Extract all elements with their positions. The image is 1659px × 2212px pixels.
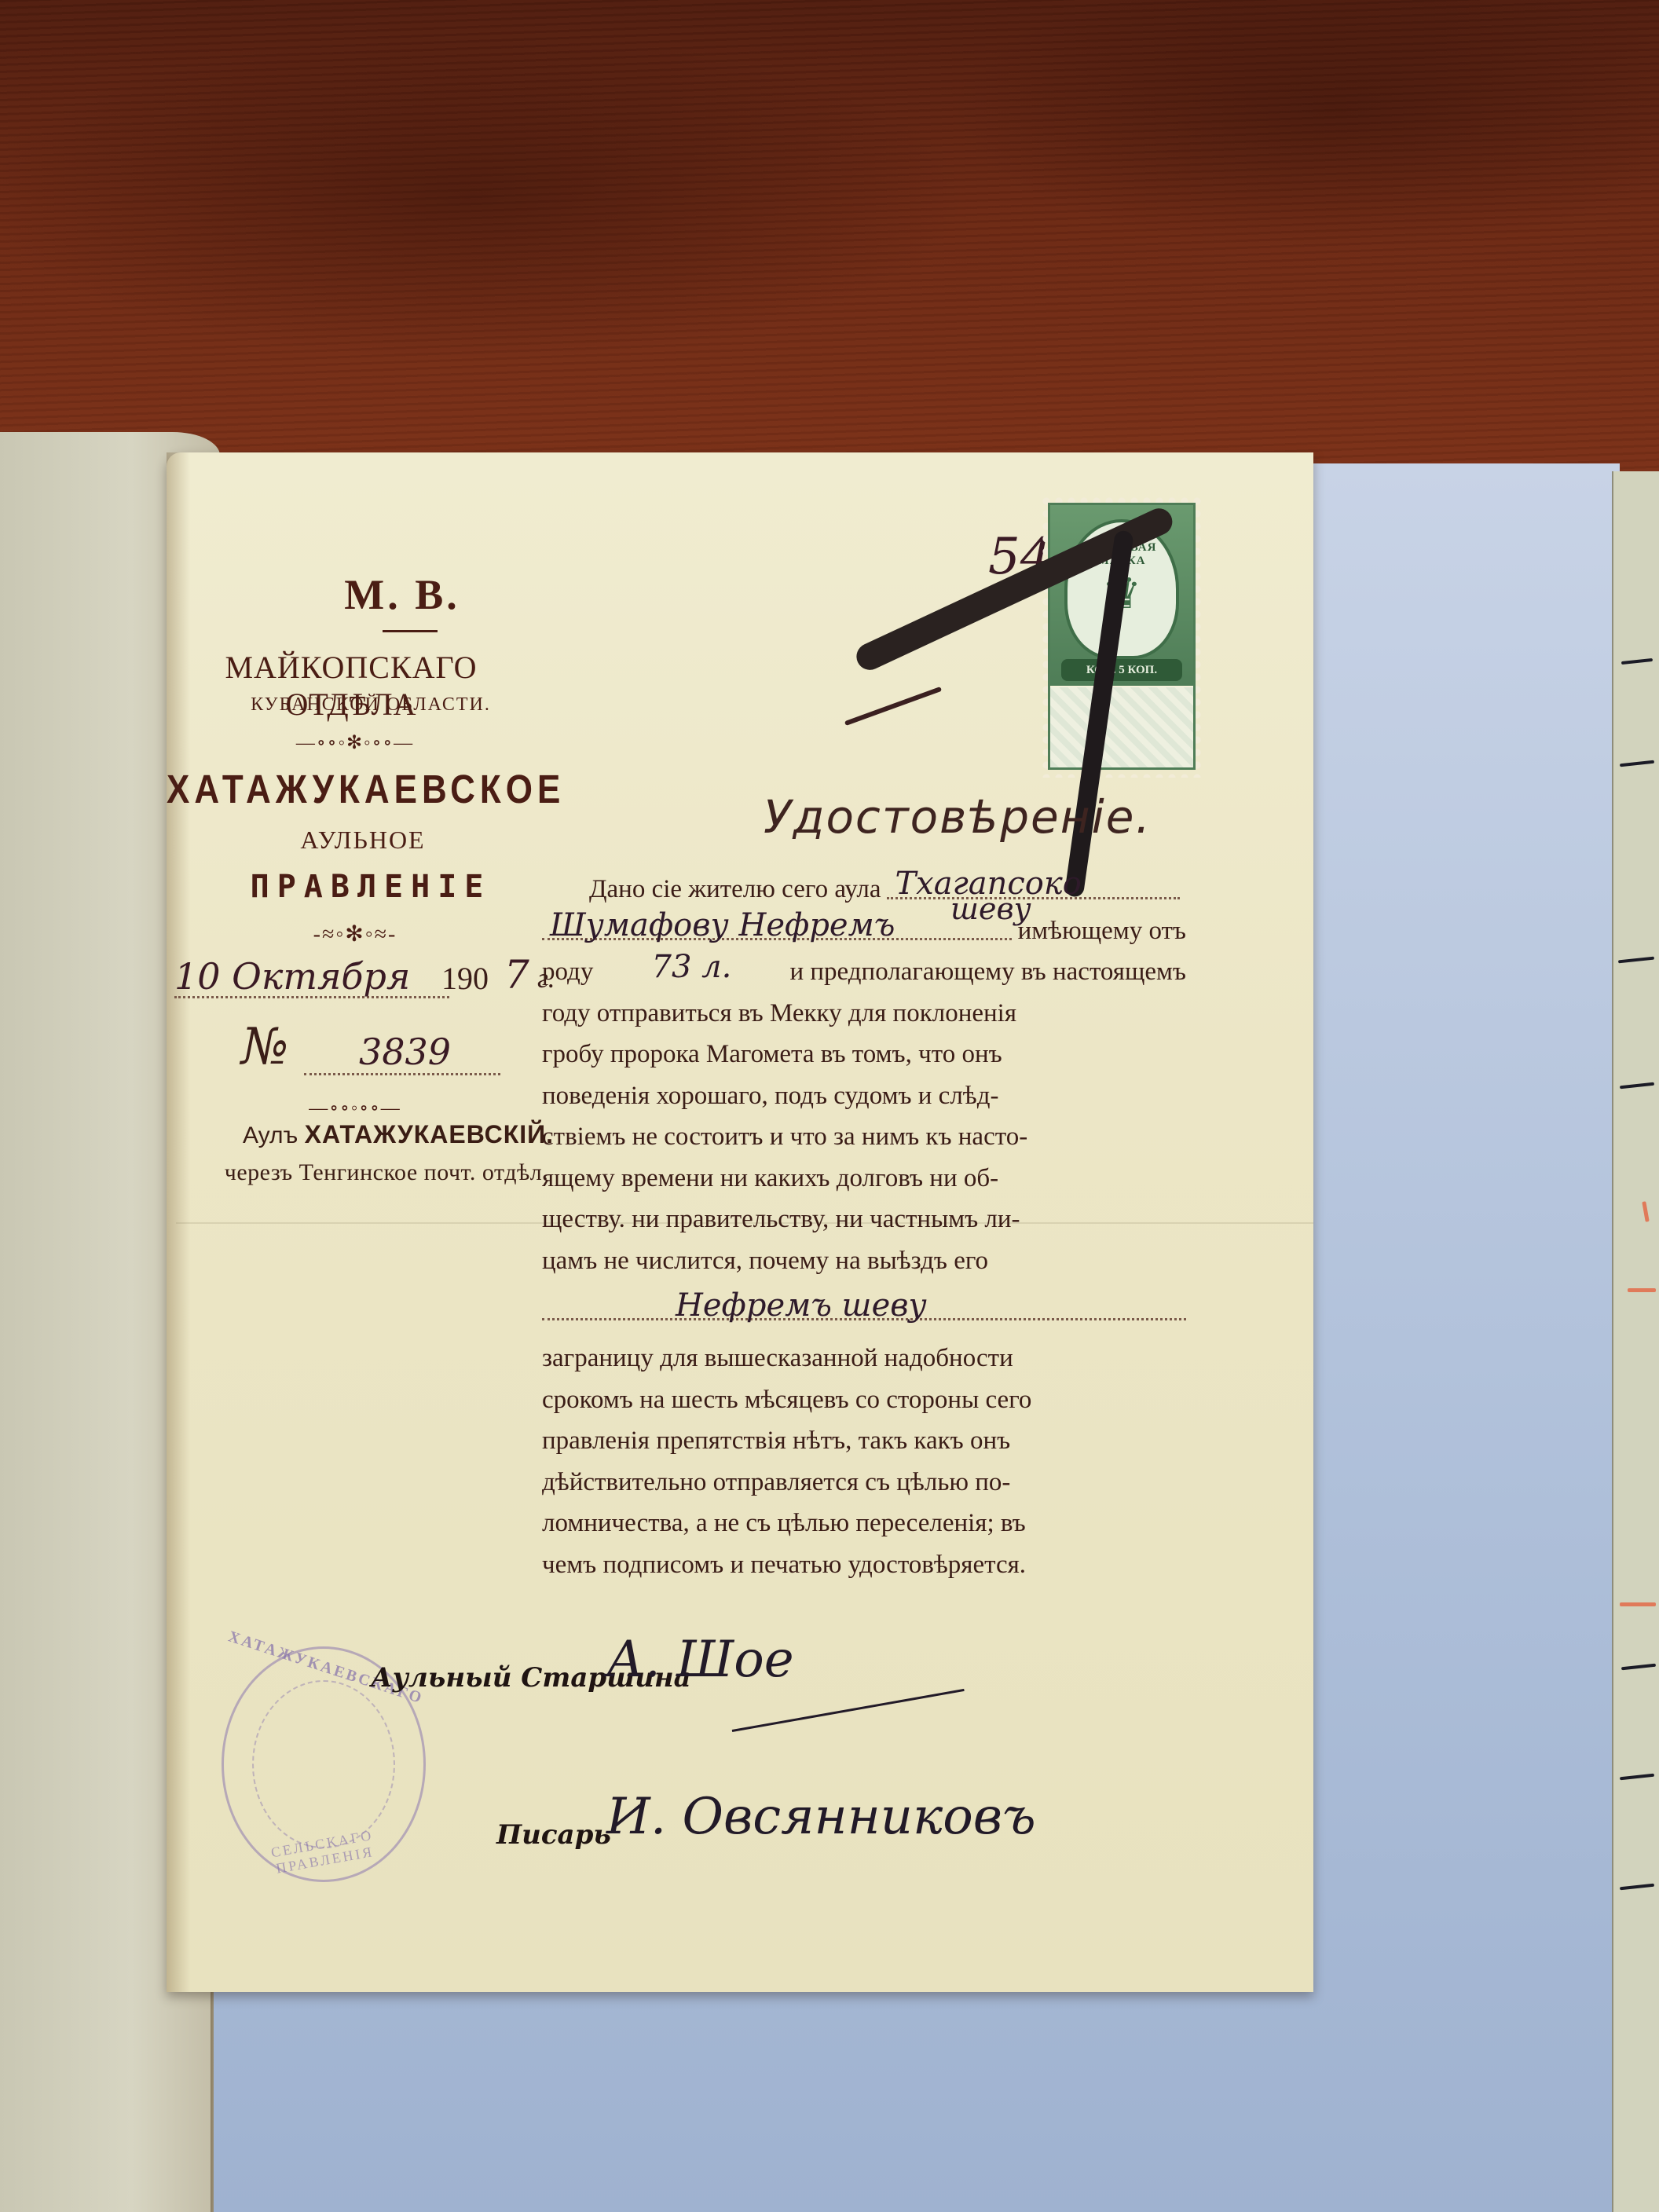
body-line: Нефремъ шеву — [542, 1281, 1186, 1338]
body-text: роду — [542, 951, 593, 993]
body-line: цамъ не числится, почему на выѣздъ его — [542, 1240, 1186, 1282]
handwritten-name-suffix: шеву — [950, 888, 1031, 930]
body-line: ящему времени ни какихъ долговъ ни об- — [542, 1158, 1186, 1199]
issue-date: 10 Октября 190 7 г. — [174, 955, 567, 1002]
body-line: правленія препятствія нѣтъ, такъ какъ он… — [542, 1420, 1186, 1462]
body-line: заграницу для вышесказанной надобности — [542, 1338, 1186, 1379]
body-text: дѣйствительно отправляется съ цѣлью по- — [542, 1462, 1010, 1503]
letterhead-initials: М. В. — [237, 570, 567, 619]
address-prefix: Аулъ — [243, 1122, 298, 1148]
handwritten-field-name-repeat: Нефремъ шеву — [542, 1281, 1186, 1320]
body-text: ломничества, а не съ цѣлью переселенія; … — [542, 1503, 1026, 1544]
ornament-scroll-icon: -≈◦✻◦≈- — [261, 921, 449, 947]
wooden-desk-background — [0, 0, 1659, 487]
date-day-month-handwritten: 10 Октября — [174, 955, 410, 998]
body-text: заграницу для вышесказанной надобности — [542, 1338, 1013, 1379]
body-text: году отправиться въ Мекку для поклоненія — [542, 993, 1016, 1035]
body-text: и предполагающему въ настоящемъ — [789, 951, 1186, 993]
note-ink-stroke — [1621, 1664, 1656, 1671]
note-ink-stroke — [1620, 760, 1654, 767]
handwritten-field-name: Шумафову Нефремъ — [542, 910, 1012, 941]
letterhead-aulnoe: АУЛЬНОЕ — [237, 826, 489, 855]
revenue-stamp-pattern — [1050, 687, 1193, 767]
note-red-mark — [1642, 1201, 1649, 1221]
body-line: ломничества, а не съ цѣлью переселенія; … — [542, 1503, 1186, 1544]
body-text: чемъ подписомъ и печатью удостовѣряется. — [542, 1544, 1026, 1586]
body-text: ящему времени ни какихъ долговъ ни об- — [542, 1158, 998, 1199]
body-line: году отправиться въ Мекку для поклоненія — [542, 993, 1186, 1035]
elder-signature: А. Шое — [606, 1631, 794, 1689]
letterhead-rule — [383, 630, 438, 632]
handwritten-resident-name-repeat: Нефремъ шеву — [676, 1285, 927, 1327]
ornament-divider-icon: —∘∘◦∘∘— — [261, 1097, 449, 1119]
body-line: гробу пророка Магомета въ томъ, что онъ — [542, 1034, 1186, 1075]
body-line: чемъ подписомъ и печатью удостовѣряется. — [542, 1544, 1186, 1586]
seal-inner-ring — [252, 1680, 395, 1848]
body-text: ществу. ни правительству, ни частнымъ ли… — [542, 1199, 1020, 1240]
date-year-printed: 190 — [441, 960, 489, 997]
clerk-label: Писарь — [496, 1819, 611, 1851]
body-line: дѣйствительно отправляется съ цѣлью по- — [542, 1462, 1186, 1503]
letterhead-region: КУБАНСКОЙ ОБЛАСТИ. — [214, 694, 528, 716]
handwritten-field-aul: Тхагапсоко — [887, 869, 1180, 899]
body-text: ствіемъ не состоитъ и что за нимъ къ нас… — [542, 1116, 1027, 1158]
number-sign: № — [241, 1018, 289, 1076]
number-dotted-line — [304, 1073, 500, 1075]
body-line: ществу. ни правительству, ни частнымъ ли… — [542, 1199, 1186, 1240]
handwritten-age: 73 л. — [652, 947, 732, 993]
address-aul: Аулъ ХАТАЖУКАЕВСКІЙ. — [214, 1120, 583, 1149]
body-text: срокомъ на шесть мѣсяцевъ со стороны сег… — [542, 1379, 1031, 1421]
clerk-signature-handwritten: И. Овсянниковъ — [606, 1788, 1036, 1846]
handwritten-resident-name: Шумафову Нефремъ — [550, 905, 895, 947]
body-text: правленія препятствія нѣтъ, такъ какъ он… — [542, 1420, 1010, 1462]
address-post-office: черезъ Тенгинское почт. отдѣл. — [167, 1159, 606, 1186]
note-ink-stroke — [1621, 658, 1653, 665]
revenue-stamp-value: КОП. 5 КОП. — [1061, 659, 1182, 681]
certificate-document: М. В. МАЙКОПСКАГО ОТДѢЛА КУБАНСКОЙ ОБЛАС… — [167, 452, 1313, 1992]
note-ink-stroke — [1620, 1774, 1654, 1781]
ink-flourish — [844, 687, 942, 726]
clerk-signature-block: Писарь — [496, 1819, 611, 1851]
note-ink-stroke — [1620, 1082, 1654, 1090]
body-line: срокомъ на шесть мѣсяцевъ со стороны сег… — [542, 1379, 1186, 1421]
body-line: Шумафову Нефремъ шеву имѣющему отъ — [542, 910, 1186, 952]
body-text: гробу пророка Магомета въ томъ, что онъ — [542, 1034, 1002, 1075]
document-title: Удостовѣреніе. — [764, 790, 1152, 844]
note-red-mark — [1628, 1288, 1656, 1292]
certificate-body: Дано сіе жителю сего аула Тхагапсоко Шум… — [542, 869, 1186, 1585]
note-ink-stroke — [1620, 1884, 1654, 1891]
body-line: ствіемъ не состоитъ и что за нимъ къ нас… — [542, 1116, 1186, 1158]
number-handwritten: 3839 — [359, 1031, 451, 1073]
clerk-signature: И. Овсянниковъ — [606, 1788, 1036, 1846]
body-text: поведенія хорошаго, подъ судомъ и слѣд- — [542, 1075, 999, 1117]
body-line: роду 73 л. и предполагающему въ настояще… — [542, 951, 1186, 993]
body-line: поведенія хорошаго, подъ судомъ и слѣд- — [542, 1075, 1186, 1117]
note-red-mark — [1620, 1602, 1656, 1606]
note-ink-stroke — [1618, 957, 1654, 964]
right-handwritten-notes-edge — [1612, 471, 1659, 2212]
elder-signature-handwritten: А. Шое — [606, 1631, 794, 1689]
ornament-divider-icon: —∘∘◦✻◦∘∘— — [237, 731, 473, 754]
document-number: № 3839 — [241, 1026, 571, 1089]
date-year-handwritten: 7 — [504, 952, 529, 998]
letterhead-pravlenie: ПРАВЛЕНІЕ — [222, 869, 520, 905]
body-text: цамъ не числится, почему на выѣздъ его — [542, 1240, 988, 1282]
letterhead-aul-name: ХАТАЖУКАЕВСКОЕ — [167, 767, 528, 813]
body-text: имѣющему отъ — [1018, 910, 1186, 952]
address-aul-name: ХАТАЖУКАЕВСКІЙ. — [305, 1120, 554, 1148]
signature-underline — [732, 1689, 965, 1732]
